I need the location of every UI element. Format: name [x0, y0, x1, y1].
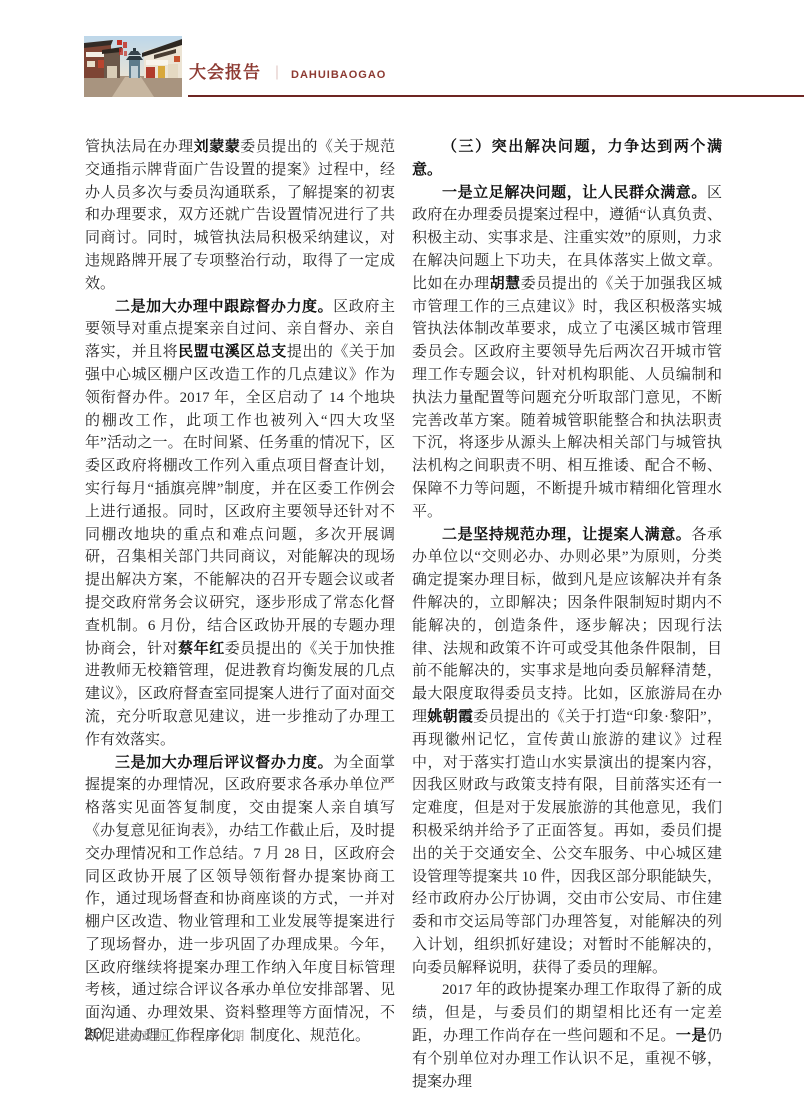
old-street-photo-graphic [84, 36, 182, 97]
right-column: （三）突出解决问题，力争达到两个满意。一是立足解决问题，让人民群众满意。区政府在… [412, 136, 722, 1093]
page-number: 20 [84, 1026, 103, 1044]
paragraph: 管执法局在办理刘蒙蒙委员提出的《关于规范交通指示牌背面广告设置的提案》过程中，经… [85, 136, 395, 296]
journal-title: 屯溪政协 _2017 第 4 期 [117, 1027, 245, 1044]
text-run: 委员提出的《关于规范交通指示牌背面广告设置的提案》过程中，经办人员多次与委员沟通… [85, 139, 395, 292]
section-title-pinyin: DAHUIBAOGAO [291, 69, 386, 81]
bold-text-run: 刘蒙蒙 [194, 138, 241, 155]
bold-text-run: 民盟屯溪区总支 [178, 343, 287, 360]
bold-text-run: 二是坚持规范办理，让提案人满意。 [442, 526, 691, 543]
bold-text-run: （三）突出解决问题，力争达到两个满意。 [412, 138, 722, 178]
paragraph: 2017 年的政协提案办理工作取得了新的成绩，但是，与委员们的期望相比还有一定差… [412, 979, 722, 1093]
article-body: 管执法局在办理刘蒙蒙委员提出的《关于规范交通指示牌背面广告设置的提案》过程中，经… [85, 136, 722, 1093]
section-title: 大会报告 [189, 58, 261, 83]
paragraph: （三）突出解决问题，力争达到两个满意。 [412, 136, 722, 182]
old-street-photo [84, 36, 182, 97]
text-run: 各承办单位以“交则必办、办则必果”为原则，分类确定提案办理目标，做到凡是应该解决… [412, 527, 722, 725]
bold-text-run: 一是 [676, 1027, 707, 1044]
footer-divider [109, 1028, 110, 1042]
page-footer: 20 屯溪政协 _2017 第 4 期 [84, 1026, 245, 1044]
text-run: 管执法局在办理 [85, 139, 194, 155]
text-run: 委员提出的《关于加强我区城市管理工作的三点建议》时，我区积极落实城管执法体制改革… [412, 276, 722, 520]
masthead: 大会报告 ｜ DAHUIBAOGAO [189, 58, 386, 83]
paragraph: 一是立足解决问题，让人民群众满意。区政府在办理委员提案过程中，遵循“认真负责、积… [412, 182, 722, 524]
text-run: 提出的《关于加强中心城区棚户区改造工作的几点建议》作为领衔督办件。2017 年，… [85, 344, 395, 656]
bold-text-run: 二是加大办理中跟踪督办力度。 [115, 298, 333, 315]
title-divider: ｜ [270, 63, 284, 83]
document-page: 大会报告 ｜ DAHUIBAOGAO 管执法局在办理刘蒙蒙委员提出的《关于规范交… [0, 0, 804, 1098]
paragraph: 三是加大办理后评议督办力度。为全面掌握提案的办理情况，区政府要求各承办单位严格落… [85, 752, 395, 1048]
bold-text-run: 蔡年红 [178, 640, 225, 657]
left-column: 管执法局在办理刘蒙蒙委员提出的《关于规范交通指示牌背面广告设置的提案》过程中，经… [85, 136, 395, 1093]
bold-text-run: 胡慧 [490, 275, 521, 292]
paragraph: 二是加大办理中跟踪督办力度。区政府主要领导对重点提案亲自过问、亲自督办、亲自落实… [85, 296, 395, 752]
bold-text-run: 三是加大办理后评议督办力度。 [115, 754, 333, 771]
header-rule [188, 95, 804, 97]
text-run: 委员提出的《关于打造“印象·黎阳”，再现徽州记忆，宣传黄山旅游的建议》过程中，对… [412, 709, 722, 976]
paragraph: 二是坚持规范办理，让提案人满意。各承办单位以“交则必办、办则必果”为原则，分类确… [412, 524, 722, 980]
bold-text-run: 姚朝霞 [427, 708, 473, 725]
text-run: 为全面掌握提案的办理情况，区政府要求各承办单位严格落实见面答复制度，交由提案人亲… [85, 755, 395, 1045]
bold-text-run: 一是立足解决问题，让人民群众满意。 [442, 184, 707, 201]
